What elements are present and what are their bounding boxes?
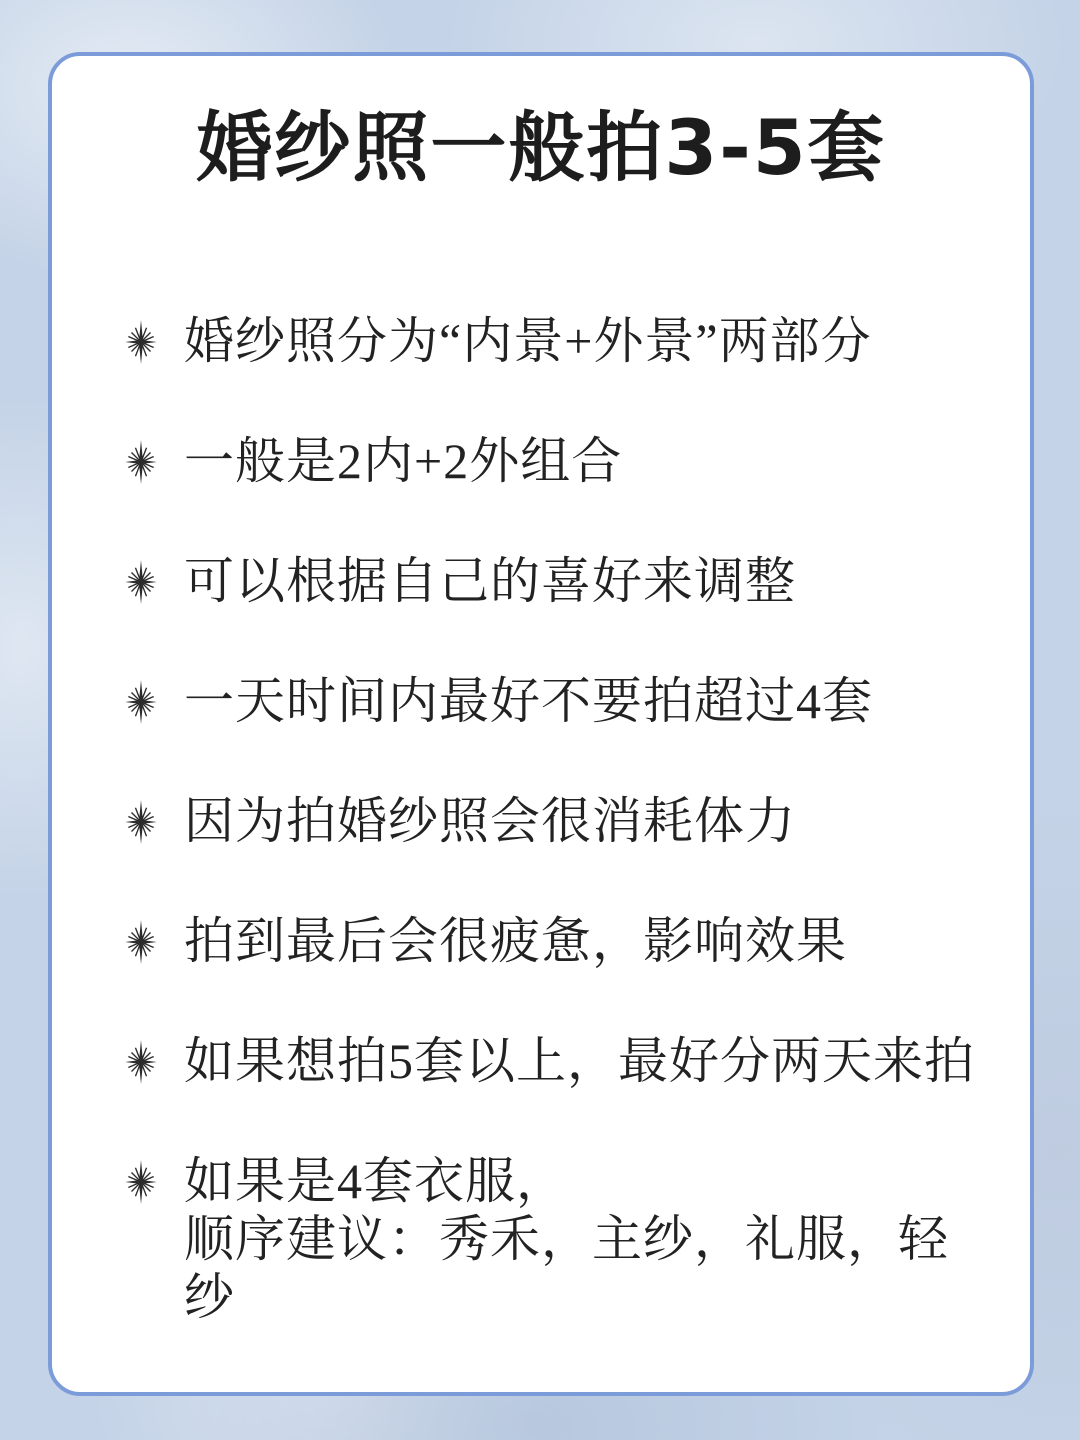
list-item-text: 拍到最后会很疲惫，影响效果	[184, 912, 847, 970]
sparkle-icon	[122, 678, 160, 726]
list-item-text: 一般是2内+2外组合	[184, 432, 622, 490]
list-item-text: 如果想拍5套以上，最好分两天来拍	[184, 1032, 975, 1090]
content-card: 婚纱照一般拍3-5套	[48, 52, 1034, 1396]
list-item: 如果是4套衣服， 顺序建议：秀禾，主纱，礼服，轻纱	[122, 1152, 990, 1326]
list-item: 可以根据自己的喜好来调整	[122, 552, 990, 610]
list-item: 一般是2内+2外组合	[122, 432, 990, 490]
list-item: 一天时间内最好不要拍超过4套	[122, 672, 990, 730]
sparkle-icon	[122, 1038, 160, 1086]
list-item: 婚纱照分为“内景+外景”两部分	[122, 312, 990, 370]
list-item-text: 可以根据自己的喜好来调整	[184, 552, 796, 610]
sparkle-icon	[122, 918, 160, 966]
page-title: 婚纱照一般拍3-5套	[52, 106, 1030, 190]
list-item-text: 婚纱照分为“内景+外景”两部分	[184, 312, 872, 370]
list-item: 拍到最后会很疲惫，影响效果	[122, 912, 990, 970]
list-item-text: 一天时间内最好不要拍超过4套	[184, 672, 873, 730]
bullet-list: 婚纱照分为“内景+外景”两部分	[122, 312, 990, 1326]
list-item: 因为拍婚纱照会很消耗体力	[122, 792, 990, 850]
list-item-text: 如果是4套衣服，	[184, 1152, 990, 1210]
page-background: 婚纱照一般拍3-5套	[0, 0, 1080, 1440]
list-item: 如果想拍5套以上，最好分两天来拍	[122, 1032, 990, 1090]
sparkle-icon	[122, 798, 160, 846]
list-item-text-line2: 顺序建议：秀禾，主纱，礼服，轻纱	[184, 1210, 990, 1326]
sparkle-icon	[122, 558, 160, 606]
list-item-text: 因为拍婚纱照会很消耗体力	[184, 792, 796, 850]
sparkle-icon	[122, 1158, 160, 1206]
sparkle-icon	[122, 318, 160, 366]
sparkle-icon	[122, 438, 160, 486]
